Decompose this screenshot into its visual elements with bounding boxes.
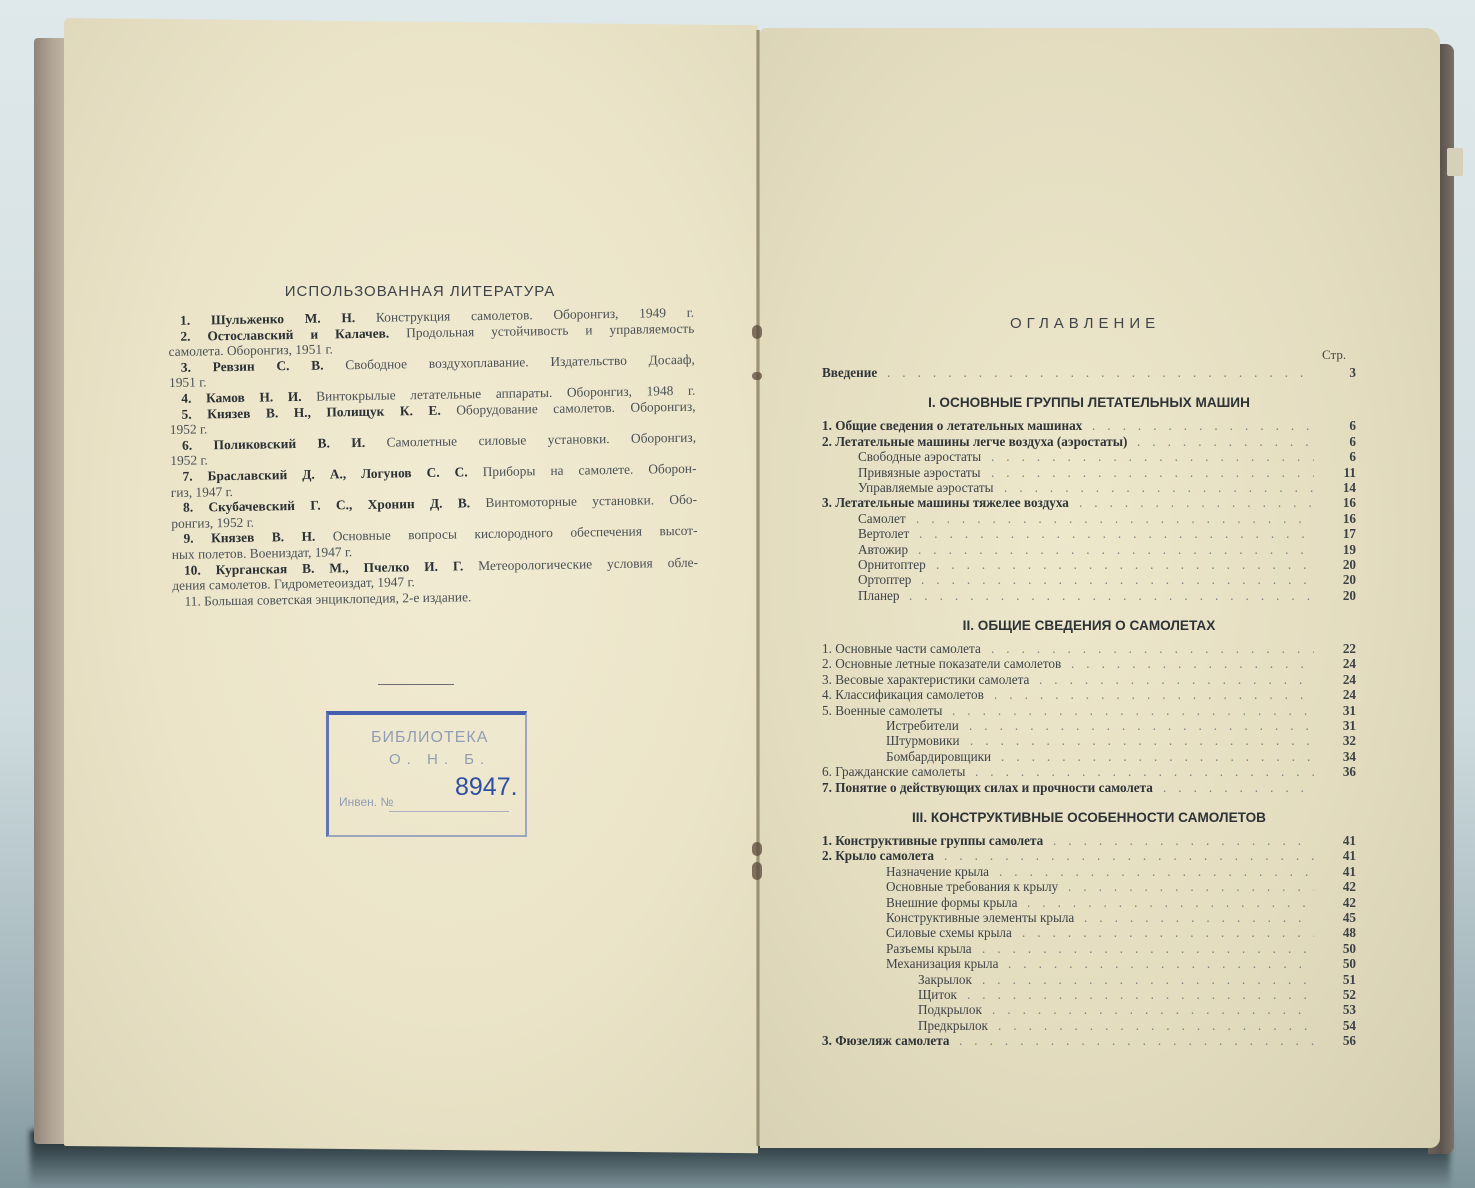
toc-entry-label: 2. Крыло самолета	[822, 848, 934, 863]
toc-entry: ........................................…	[822, 365, 1356, 380]
toc-entry-page: 6	[1330, 434, 1356, 449]
toc-entry-label: Автожир	[858, 542, 908, 557]
leader-dots: ........................................…	[991, 465, 1314, 480]
toc-entry-page: 6	[1330, 449, 1356, 464]
toc-entry-label: Введение	[822, 365, 877, 380]
leader-dots: ........................................…	[992, 1002, 1314, 1017]
toc-entry: ........................................…	[822, 764, 1356, 779]
bibliography-author: 2. Остославский и Калачев.	[180, 325, 389, 343]
toc-entry: ........................................…	[822, 941, 1356, 956]
toc-entry: ........................................…	[822, 749, 1356, 764]
toc-entry-page: 50	[1330, 941, 1356, 956]
toc-entry: ........................................…	[822, 780, 1356, 795]
toc-entry-label: 2. Основные летные показатели самолетов	[822, 656, 1061, 671]
toc-entry: ........................................…	[822, 418, 1356, 433]
bibliography-text: 1952 г.	[170, 453, 208, 469]
toc-entry-label: 3. Летательные машины тяжелее воздуха	[822, 495, 1069, 510]
leader-dots: ........................................…	[1039, 672, 1314, 687]
toc-entry: ........................................…	[822, 1002, 1356, 1017]
leader-dots: ........................................…	[918, 542, 1314, 557]
leader-dots: ........................................…	[991, 449, 1314, 464]
leader-dots: ........................................…	[1137, 434, 1314, 449]
toc-entry-label: Внешние формы крыла	[886, 895, 1017, 910]
leader-dots: ........................................…	[975, 764, 1314, 779]
leader-dots: ........................................…	[999, 864, 1314, 879]
toc-title: ОГЛАВЛЕНИЕ	[1010, 315, 1160, 332]
leader-dots: ........................................…	[959, 1033, 1314, 1048]
toc-entry-label: Планер	[858, 588, 899, 603]
toc-entry-label: Привязные аэростаты	[858, 465, 981, 480]
page-tab-flap	[1447, 148, 1463, 176]
bibliography-text: 1951 г.	[169, 375, 207, 391]
leader-dots: ........................................…	[1008, 956, 1314, 971]
toc-entry-label: Основные требования к крылу	[886, 879, 1058, 894]
toc-entry-page: 20	[1330, 572, 1356, 587]
toc-entry: ........................................…	[822, 848, 1356, 863]
toc-entry-page: 3	[1330, 365, 1356, 380]
toc-entry-page: 36	[1330, 764, 1356, 779]
bibliography-text: Винтомоторные установки. Обо-	[470, 492, 697, 511]
toc-entry-label: 1. Основные части самолета	[822, 641, 981, 656]
leader-dots: ........................................…	[944, 848, 1314, 863]
leader-dots: ........................................…	[1001, 749, 1314, 764]
toc-entry: ........................................…	[822, 703, 1356, 718]
spine-stitch	[752, 372, 762, 380]
bibliography-author: 4. Камов Н. И.	[181, 389, 301, 406]
stamp-inventory-number: 8947.	[455, 773, 518, 802]
toc-entry: ........................................…	[822, 588, 1356, 603]
toc-entry-page: 41	[1330, 833, 1356, 848]
leader-dots: ........................................…	[970, 733, 1314, 748]
bibliography-text: 1952 г.	[170, 422, 208, 438]
leader-dots: ........................................…	[887, 365, 1314, 380]
toc-section-heading: III. КОНСТРУКТИВНЫЕ ОСОБЕННОСТИ САМОЛЕТО…	[822, 803, 1356, 833]
toc-entry-label: Подкрылок	[918, 1002, 982, 1017]
toc-entry-page: 17	[1330, 526, 1356, 541]
toc-entry-page: 48	[1330, 925, 1356, 940]
toc-entry: ........................................…	[822, 557, 1356, 572]
toc-entry-label: Управляемые аэростаты	[858, 480, 994, 495]
bibliography-text: самолета. Оборонгиз, 1951 г.	[168, 342, 332, 360]
table-of-contents: ........................................…	[822, 365, 1356, 1048]
bibliography-list: 1. Шульженко М. Н. Конструкция самолетов…	[168, 305, 699, 610]
toc-entry-page: 24	[1330, 687, 1356, 702]
library-stamp: БИБЛИОТЕКА О. Н. Б. Инвен. № 8947.	[326, 711, 527, 837]
leader-dots: ........................................…	[916, 511, 1314, 526]
leader-dots: ........................................…	[991, 641, 1314, 656]
toc-entry: ........................................…	[822, 434, 1356, 449]
bibliography-title: ИСПОЛЬЗОВАННАЯ ЛИТЕРАТУРА	[270, 283, 570, 300]
toc-entry-label: 7. Понятие о действующих силах и прочнос…	[822, 780, 1153, 795]
toc-entry-label: 5. Военные самолеты	[822, 703, 942, 718]
toc-entry-label: 3. Фюзеляж самолета	[822, 1033, 949, 1048]
toc-entry-page: 52	[1330, 987, 1356, 1002]
toc-entry-page: 20	[1330, 557, 1356, 572]
leader-dots: ........................................…	[1004, 480, 1314, 495]
toc-entry-label: Бомбардировщики	[886, 749, 991, 764]
toc-entry: ........................................…	[822, 511, 1356, 526]
toc-entry-page: 53	[1330, 1002, 1356, 1017]
toc-entry-label: 1. Конструктивные группы самолета	[822, 833, 1043, 848]
toc-section-heading: II. ОБЩИЕ СВЕДЕНИЯ О САМОЛЕТАХ	[822, 611, 1356, 641]
toc-entry: ........................................…	[822, 879, 1356, 894]
toc-entry: ........................................…	[822, 1018, 1356, 1033]
bibliography-author: 6. Поликовский В. И.	[182, 435, 365, 453]
toc-entry: ........................................…	[822, 972, 1356, 987]
toc-entry: ........................................…	[822, 480, 1356, 495]
toc-entry-page: 34	[1330, 749, 1356, 764]
spine-stitch	[752, 862, 762, 880]
spine-stitch	[752, 842, 762, 856]
toc-entry-label: Назначение крыла	[886, 864, 989, 879]
leader-dots: ........................................…	[921, 572, 1314, 587]
toc-section-heading: I. ОСНОВНЫЕ ГРУППЫ ЛЕТАТЕЛЬНЫХ МАШИН	[822, 388, 1356, 418]
leader-dots: ........................................…	[1163, 780, 1314, 795]
toc-entry-label: Закрылок	[918, 972, 972, 987]
toc-entry: ........................................…	[822, 656, 1356, 671]
toc-entry: ........................................…	[822, 733, 1356, 748]
toc-entry-label: Конструктивные элементы крыла	[886, 910, 1074, 925]
toc-entry-label: 2. Летательные машины легче воздуха (аэр…	[822, 434, 1127, 449]
leader-dots: ........................................…	[994, 687, 1314, 702]
toc-entry: ........................................…	[822, 864, 1356, 879]
toc-entry: ........................................…	[822, 910, 1356, 925]
toc-entry: ........................................…	[822, 542, 1356, 557]
toc-entry-label: Предкрылок	[918, 1018, 988, 1033]
leader-dots: ........................................…	[1079, 495, 1314, 510]
toc-entry-page: 54	[1330, 1018, 1356, 1033]
leader-dots: ........................................…	[909, 588, 1314, 603]
leader-dots: ........................................…	[982, 941, 1314, 956]
leader-dots: ........................................…	[952, 703, 1314, 718]
leader-dots: ........................................…	[936, 557, 1314, 572]
leader-dots: ........................................…	[919, 526, 1314, 541]
toc-entry-page: 42	[1330, 879, 1356, 894]
stamp-org-label: О. Н. Б.	[389, 751, 490, 768]
toc-entry: ........................................…	[822, 925, 1356, 940]
toc-entry-page: 41	[1330, 848, 1356, 863]
leader-dots: ........................................…	[998, 1018, 1314, 1033]
toc-entry-label: Истребители	[886, 718, 959, 733]
toc-entry: ........................................…	[822, 572, 1356, 587]
toc-entry: ........................................…	[822, 495, 1356, 510]
bibliography-text: Приборы на самолете. Оборон-	[468, 461, 697, 480]
bibliography-text: Метеорологические условия обле-	[463, 554, 698, 573]
leader-dots: ........................................…	[969, 718, 1314, 733]
toc-entry-label: Силовые схемы крыла	[886, 925, 1012, 940]
toc-entry-label: 6. Гражданские самолеты	[822, 764, 965, 779]
leader-dots: ........................................…	[1022, 925, 1314, 940]
leader-dots: ........................................…	[982, 972, 1314, 987]
toc-entry-label: Вертолет	[858, 526, 909, 541]
toc-entry-page: 11	[1330, 465, 1356, 480]
toc-entry-page: 32	[1330, 733, 1356, 748]
toc-entry-page: 50	[1330, 956, 1356, 971]
toc-entry-page: 56	[1330, 1033, 1356, 1048]
toc-page-column-header: Стр.	[1322, 347, 1346, 363]
bibliography-author: 9. Князев В. Н.	[183, 529, 315, 546]
book-spine	[756, 30, 760, 1146]
toc-entry: ........................................…	[822, 449, 1356, 464]
toc-entry: ........................................…	[822, 718, 1356, 733]
bibliography-text: ронгиз, 1952 г.	[171, 514, 254, 530]
stamp-underline	[389, 811, 509, 812]
leader-dots: ........................................…	[1027, 895, 1314, 910]
toc-entry-page: 19	[1330, 542, 1356, 557]
toc-entry-page: 51	[1330, 972, 1356, 987]
bibliography-text: гиз, 1947 г.	[171, 484, 233, 500]
bibliography-author: 3. Ревзин С. В.	[181, 357, 324, 374]
toc-entry-page: 22	[1330, 641, 1356, 656]
toc-entry: ........................................…	[822, 987, 1356, 1002]
toc-entry-label: Самолет	[858, 511, 906, 526]
toc-entry: ........................................…	[822, 687, 1356, 702]
toc-entry: ........................................…	[822, 833, 1356, 848]
toc-entry-label: Орнитоптер	[858, 557, 926, 572]
leader-dots: ........................................…	[967, 987, 1314, 1002]
toc-entry: ........................................…	[822, 956, 1356, 971]
spine-stitch	[752, 325, 762, 339]
toc-entry-label: 4. Классификация самолетов	[822, 687, 984, 702]
leader-dots: ........................................…	[1053, 833, 1314, 848]
toc-entry: ........................................…	[822, 465, 1356, 480]
leader-dots: ........................................…	[1071, 656, 1314, 671]
toc-entry-label: Штурмовики	[886, 733, 960, 748]
leader-dots: ........................................…	[1068, 879, 1314, 894]
toc-entry-page: 31	[1330, 718, 1356, 733]
toc-entry-label: Ортоптер	[858, 572, 911, 587]
toc-entry-label: 1. Общие сведения о летательных машинах	[822, 418, 1082, 433]
toc-entry: ........................................…	[822, 641, 1356, 656]
toc-entry-page: 42	[1330, 895, 1356, 910]
toc-entry-label: Механизация крыла	[886, 956, 998, 971]
toc-entry-label: Разъемы крыла	[886, 941, 972, 956]
toc-entry-label: Свободные аэростаты	[858, 449, 981, 464]
toc-entry-page: 24	[1330, 656, 1356, 671]
leader-dots: ........................................…	[1092, 418, 1314, 433]
toc-entry-page: 45	[1330, 910, 1356, 925]
toc-entry-page: 14	[1330, 480, 1356, 495]
toc-entry: ........................................…	[822, 895, 1356, 910]
toc-entry-page: 20	[1330, 588, 1356, 603]
leader-dots: ........................................…	[1084, 910, 1314, 925]
toc-entry: ........................................…	[822, 526, 1356, 541]
toc-entry-page: 24	[1330, 672, 1356, 687]
toc-entry-page: 41	[1330, 864, 1356, 879]
toc-entry: ........................................…	[822, 672, 1356, 687]
toc-entry-page: 16	[1330, 495, 1356, 510]
stamp-inventory-label: Инвен. №	[339, 795, 393, 809]
toc-entry-label: 3. Весовые характеристики самолета	[822, 672, 1029, 687]
toc-entry-page: 6	[1330, 418, 1356, 433]
toc-entry-label: Щиток	[918, 987, 957, 1002]
divider-rule	[378, 684, 454, 685]
toc-entry-page: 31	[1330, 703, 1356, 718]
toc-entry-page: 16	[1330, 511, 1356, 526]
stamp-library-label: БИБЛИОТЕКА	[371, 729, 488, 747]
toc-entry: ........................................…	[822, 1033, 1356, 1048]
